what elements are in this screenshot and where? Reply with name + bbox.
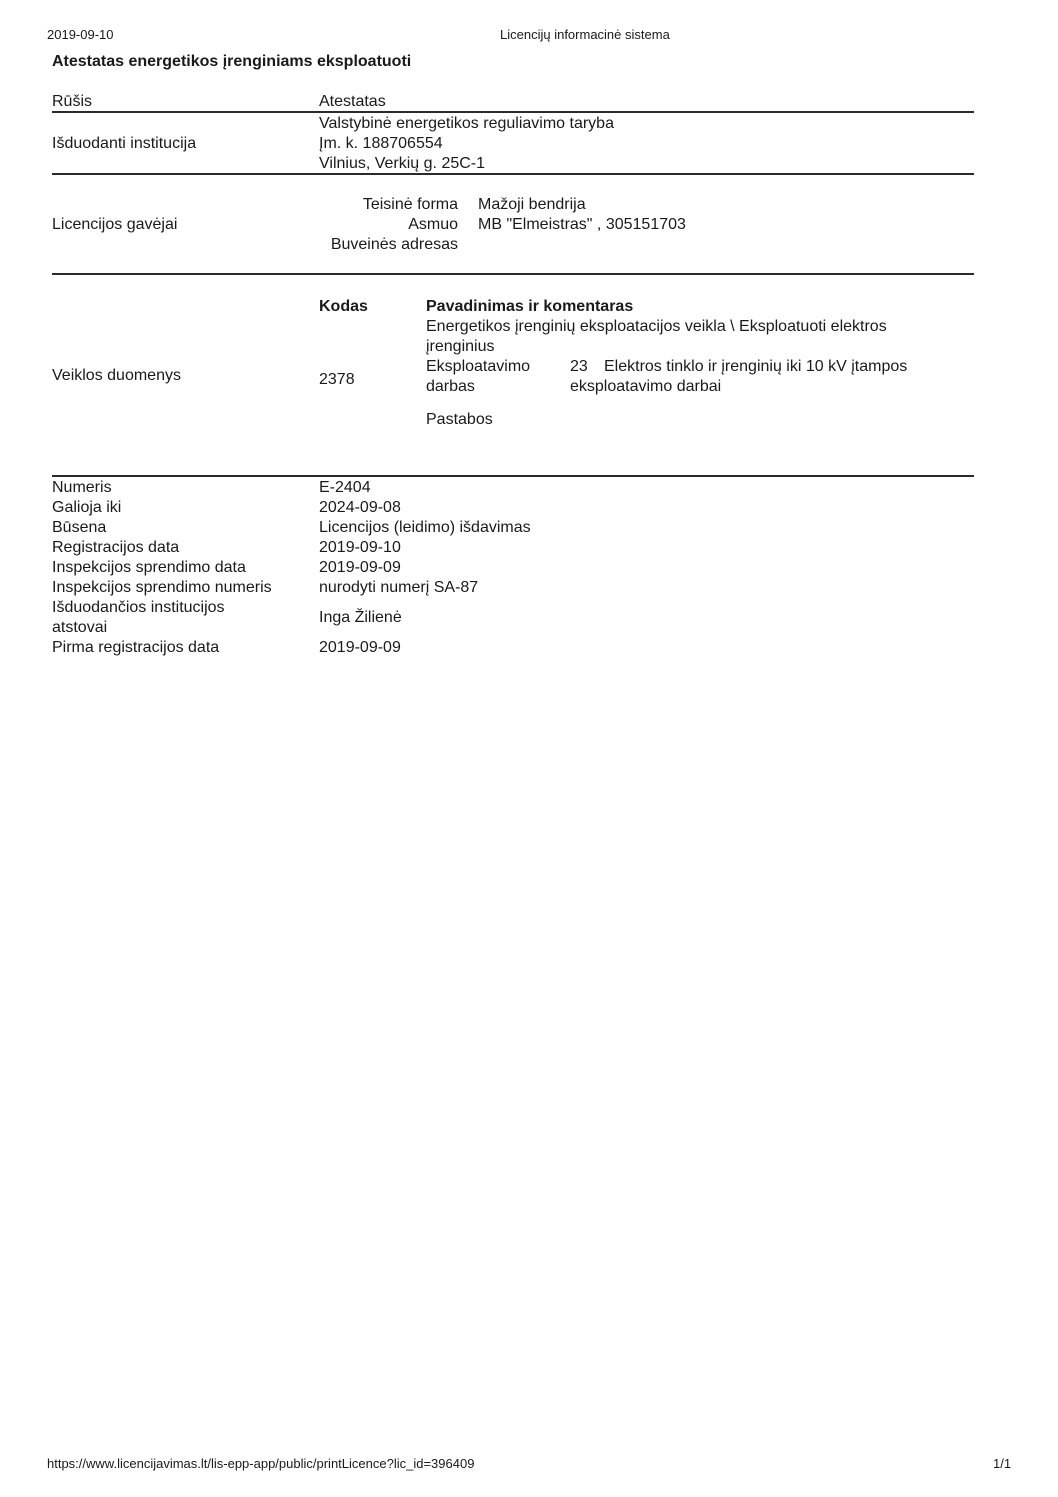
work-label-line2: darbas (426, 377, 475, 397)
divider (52, 173, 974, 175)
code-header: Kodas (319, 297, 368, 317)
activity-name-line2: įrenginius (426, 337, 494, 357)
detail-value-first-registration: 2019-09-09 (319, 638, 401, 658)
person-value: MB "Elmeistras" , 305151703 (478, 215, 686, 235)
divider (52, 111, 974, 113)
detail-value-number: E-2404 (319, 478, 371, 498)
document-title: Atestatas energetikos įrenginiams eksplo… (52, 53, 411, 71)
notes-label: Pastabos (426, 410, 493, 430)
institution-code: Įm. k. 188706554 (319, 134, 443, 154)
detail-value-inspection-number: nurodyti numerį SA-87 (319, 578, 478, 598)
detail-value-status: Licencijos (leidimo) išdavimas (319, 518, 531, 538)
detail-label-inspection-number: Inspekcijos sprendimo numeris (52, 578, 272, 598)
name-header: Pavadinimas ir komentaras (426, 297, 633, 317)
work-value-line1: Elektros tinklo ir įrenginių iki 10 kV į… (604, 357, 907, 377)
detail-value-inspection-date: 2019-09-09 (319, 558, 401, 578)
detail-value-registration-date: 2019-09-10 (319, 538, 401, 558)
institution-label: Išduodanti institucija (52, 134, 196, 154)
legal-form-label: Teisinė forma (363, 195, 458, 215)
detail-label-representatives-line1: Išduodančios institucijos (52, 598, 225, 618)
person-label: Asmuo (408, 215, 458, 235)
divider (52, 475, 974, 477)
detail-label-status: Būsena (52, 518, 106, 538)
address-label: Buveinės adresas (331, 235, 458, 255)
divider (52, 273, 974, 275)
detail-label-representatives-line2: atstovai (52, 618, 107, 638)
work-label-line1: Eksploatavimo (426, 357, 530, 377)
detail-label-number: Numeris (52, 478, 112, 498)
detail-label-first-registration: Pirma registracijos data (52, 638, 219, 658)
institution-name: Valstybinė energetikos reguliavimo taryb… (319, 114, 614, 134)
activity-code: 2378 (319, 370, 355, 390)
activity-name-line1: Energetikos įrenginių eksploatacijos vei… (426, 317, 887, 337)
detail-label-valid-until: Galioja iki (52, 498, 121, 518)
institution-address: Vilnius, Verkių g. 25C-1 (319, 154, 485, 174)
print-date: 2019-09-10 (47, 27, 114, 42)
recipients-label: Licencijos gavėjai (52, 215, 177, 235)
detail-value-representatives: Inga Žilienė (319, 608, 402, 628)
page-url: https://www.licencijavimas.lt/lis-epp-ap… (47, 1456, 474, 1471)
system-title: Licencijų informacinė sistema (500, 27, 670, 42)
detail-value-valid-until: 2024-09-08 (319, 498, 401, 518)
detail-label-registration-date: Registracijos data (52, 538, 179, 558)
type-value: Atestatas (319, 92, 386, 112)
work-value-line2: eksploatavimo darbai (570, 377, 721, 397)
activity-label: Veiklos duomenys (52, 366, 181, 386)
work-number: 23 (570, 357, 588, 377)
type-label: Rūšis (52, 92, 92, 112)
legal-form-value: Mažoji bendrija (478, 195, 586, 215)
page-number: 1/1 (993, 1456, 1011, 1471)
detail-label-inspection-date: Inspekcijos sprendimo data (52, 558, 246, 578)
